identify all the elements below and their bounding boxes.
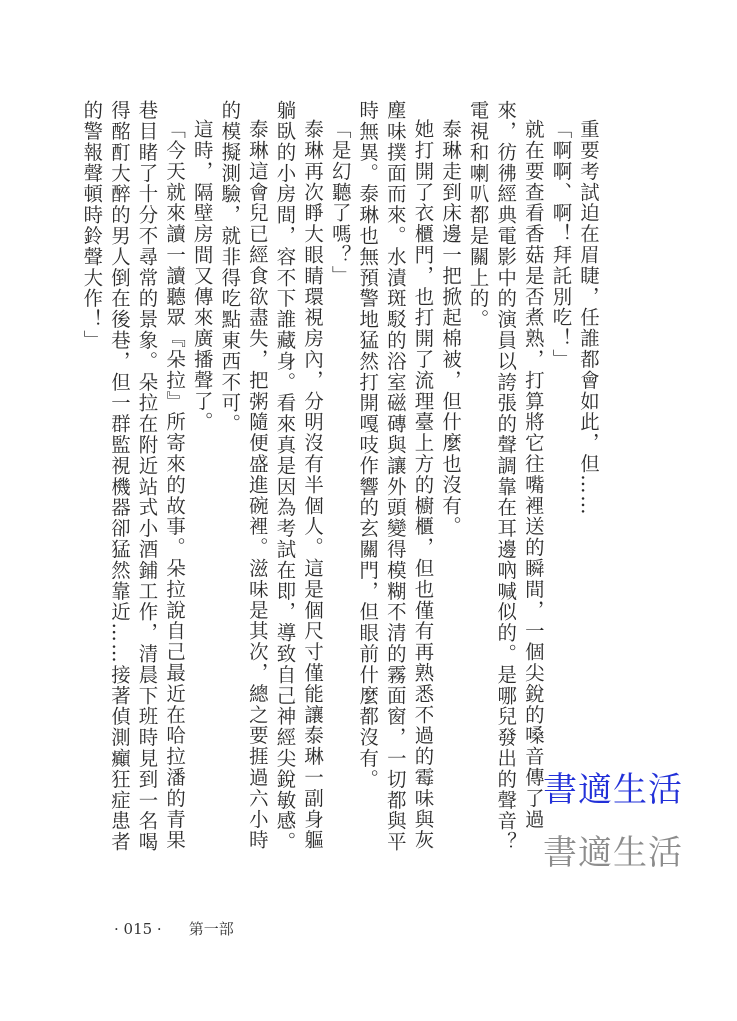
paragraph: 泰琳走到床邊一把掀起棉被，但什麼也沒有。 [436, 100, 464, 870]
page-number: · 015 · [114, 920, 184, 938]
section-title: 第一部 [189, 918, 234, 939]
paragraph: 就在要查看香菇是否煮熟，打算將它往嘴裡送的瞬間，一個尖銳的嗓音傳了過來，彷彿經典… [464, 100, 547, 870]
paragraph: 「啊啊、啊！拜託別吃！」 [547, 100, 575, 870]
page-footer: · 015 · 第一部 [114, 918, 234, 939]
vertical-text-body: 重要考試迫在眉睫，任誰都會如此，但…… 「啊啊、啊！拜託別吃！」 就在要查看香菇… [78, 100, 602, 870]
paragraph: 「是幻聽了嗎？」 [326, 100, 354, 870]
paragraph: 泰琳再次睜大眼睛環視房內，分明沒有半個人。這是個尺寸僅能讓泰琳一副身軀躺臥的小房… [271, 100, 326, 870]
paragraph: 重要考試迫在眉睫，任誰都會如此，但…… [574, 100, 602, 870]
paragraph: 泰琳這會兒已經食欲盡失，把粥隨便盛進碗裡。滋味是其次，總之要捱過六小時的模擬測驗… [216, 100, 271, 870]
paragraph: 這時，隔壁房間又傳來廣播聲了。 [188, 100, 216, 870]
watermark-gray: 書適生活 [543, 825, 683, 874]
paragraph: 她打開了衣櫃門，也打開了流理臺上方的櫥櫃，但也僅有再熟悉不過的霉味與灰塵味撲面而… [354, 100, 437, 870]
watermark-blue: 書適生活 [543, 762, 683, 811]
paragraph: 「今天就來讀一讀聽眾『朵拉』所寄來的故事。朵拉說自己最近在哈拉潘的青果巷目睹了十… [78, 100, 188, 870]
book-page: 重要考試迫在眉睫，任誰都會如此，但…… 「啊啊、啊！拜託別吃！」 就在要查看香菇… [0, 0, 737, 1021]
